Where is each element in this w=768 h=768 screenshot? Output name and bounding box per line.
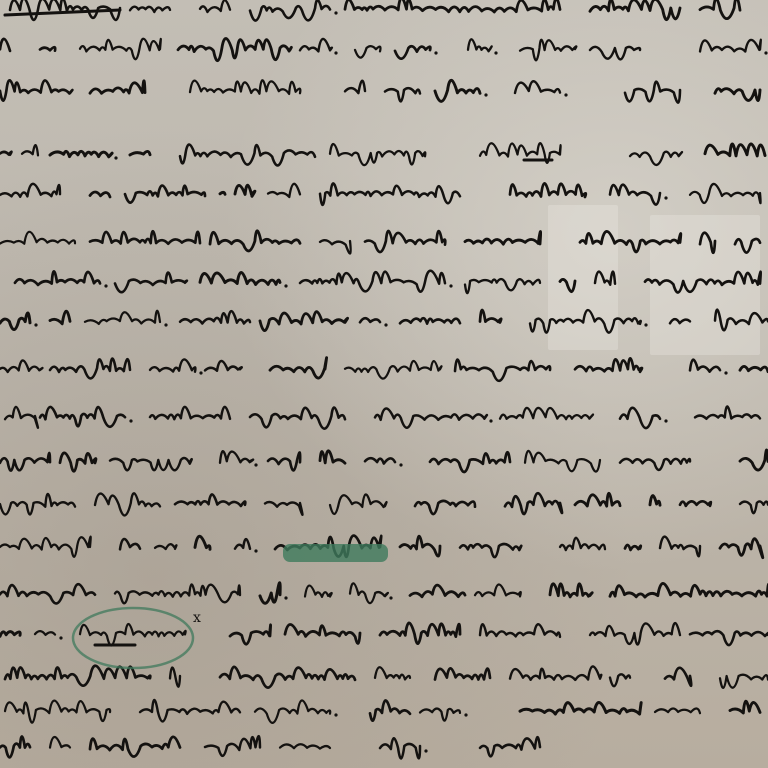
shorthand-word	[330, 144, 425, 165]
shorthand-word	[235, 539, 250, 549]
shorthand-word	[0, 453, 50, 471]
shorthand-word	[500, 408, 593, 419]
shorthand-word	[690, 184, 761, 203]
shorthand-word	[50, 359, 130, 379]
manuscript-line	[0, 310, 768, 333]
shorthand-word	[575, 493, 620, 506]
shorthand-word	[22, 145, 38, 155]
punctuation-mark	[489, 419, 492, 422]
punctuation-mark	[764, 51, 767, 54]
shorthand-word	[370, 700, 410, 720]
shorthand-word	[560, 279, 575, 291]
shorthand-word	[125, 186, 205, 203]
shorthand-word	[670, 319, 690, 323]
shorthand-word	[115, 272, 187, 292]
shorthand-word	[590, 0, 680, 20]
manuscript-line	[0, 80, 760, 102]
shorthand-word	[210, 231, 300, 251]
shorthand-word	[205, 361, 242, 371]
shorthand-word	[220, 192, 225, 194]
shorthand-word	[650, 496, 660, 505]
manuscript-line	[0, 143, 765, 165]
manuscript-line	[0, 183, 761, 205]
shorthand-word	[630, 152, 682, 165]
green-circle-annotation	[73, 608, 193, 668]
shorthand-word	[140, 700, 240, 721]
shorthand-word	[90, 231, 200, 244]
punctuation-mark	[199, 371, 202, 374]
shorthand-word	[620, 459, 690, 470]
shorthand-word	[0, 537, 91, 557]
manuscript-line	[0, 493, 768, 515]
shorthand-word	[365, 231, 445, 252]
shorthand-word	[660, 537, 700, 557]
shorthand-word	[740, 366, 768, 371]
shorthand-word	[690, 631, 768, 645]
shorthand-word	[220, 451, 253, 463]
shorthand-word	[0, 584, 95, 603]
shorthand-word	[610, 583, 768, 597]
punctuation-mark	[464, 713, 467, 716]
punctuation-mark	[284, 596, 287, 599]
shorthand-word	[330, 494, 387, 514]
shorthand-word	[380, 623, 460, 644]
shorthand-word	[90, 737, 180, 757]
shorthand-word	[690, 360, 720, 372]
punctuation-mark	[104, 284, 107, 287]
shorthand-word	[700, 233, 715, 253]
shorthand-word	[525, 451, 600, 472]
shorthand-word	[0, 494, 75, 515]
shorthand-word	[230, 625, 271, 644]
shorthand-word	[740, 450, 768, 470]
shorthand-word	[178, 39, 291, 61]
shorthand-word	[595, 272, 615, 285]
shorthand-word	[730, 701, 760, 713]
shorthand-word	[465, 279, 540, 293]
shorthand-word	[505, 493, 562, 514]
annotation-marks: x	[5, 10, 552, 668]
shorthand-word	[90, 81, 145, 94]
shorthand-word	[50, 737, 70, 748]
shorthand-word	[680, 501, 711, 506]
shorthand-word	[740, 501, 768, 513]
shorthand-word	[460, 544, 521, 557]
shorthand-word	[115, 584, 240, 603]
shorthand-word	[625, 545, 641, 550]
shorthand-word	[715, 89, 760, 101]
punctuation-mark	[399, 463, 402, 466]
shorthand-word	[510, 666, 601, 679]
shorthand-word	[0, 360, 42, 372]
shorthand-word	[580, 231, 681, 251]
shorthand-word	[0, 736, 30, 757]
shorthand-word	[280, 744, 330, 748]
shorthand-word	[255, 700, 330, 722]
shorthand-word	[375, 667, 410, 679]
shorthand-word	[120, 539, 140, 549]
punctuation-mark	[254, 463, 257, 466]
manuscript-line	[0, 583, 768, 604]
shorthand-word	[300, 271, 445, 292]
shorthand-word	[235, 185, 255, 196]
shorthand-word	[700, 0, 740, 19]
strikethrough-mark	[5, 10, 120, 15]
punctuation-mark	[129, 419, 132, 422]
punctuation-mark	[664, 419, 667, 422]
shorthand-word	[715, 310, 768, 331]
shorthand-word	[735, 239, 760, 253]
punctuation-mark	[449, 284, 452, 287]
shorthand-word	[320, 183, 460, 204]
shorthand-word	[475, 584, 521, 596]
shorthand-word	[550, 584, 592, 597]
shorthand-word	[95, 493, 160, 515]
shorthand-word	[0, 632, 20, 637]
shorthand-word	[435, 80, 480, 101]
shorthand-word	[0, 232, 75, 244]
shorthand-word	[375, 408, 487, 427]
shorthand-word	[590, 47, 640, 60]
shorthand-word	[320, 240, 351, 253]
shorthand-word	[480, 310, 501, 322]
shorthand-word	[345, 81, 365, 93]
manuscript-line	[5, 666, 768, 688]
shorthand-word	[180, 145, 315, 166]
shorthand-word	[305, 586, 332, 597]
shorthand-word	[360, 318, 380, 322]
shorthand-word	[190, 80, 300, 94]
shorthand-word	[665, 668, 691, 686]
shorthand-word	[0, 184, 60, 197]
shorthand-word	[395, 46, 430, 58]
shorthand-word	[705, 144, 765, 156]
shorthand-word	[285, 624, 360, 643]
x-mark-annotation: x	[193, 610, 201, 626]
punctuation-mark	[334, 713, 337, 716]
manuscript-line	[5, 407, 760, 429]
shorthand-word	[700, 40, 761, 52]
manuscript-line	[0, 623, 768, 646]
shorthand-word	[530, 310, 641, 333]
shorthand-word	[345, 0, 560, 12]
shorthand-word	[5, 701, 110, 723]
shorthand-word	[400, 318, 460, 323]
shorthand-word	[720, 675, 768, 688]
shorthand-word	[400, 536, 440, 556]
shorthand-word	[655, 708, 700, 713]
shorthand-word	[350, 583, 388, 603]
shorthand-word	[625, 82, 680, 103]
shorthand-word	[410, 585, 465, 597]
shorthand-word	[5, 407, 38, 428]
punctuation-mark	[284, 284, 287, 287]
shorthand-word	[250, 408, 345, 429]
shorthand-word	[0, 80, 72, 100]
shorthand-word	[480, 624, 560, 637]
shorthand-word	[90, 192, 110, 197]
shorthand-word	[80, 39, 161, 59]
shorthand-text-layer: x	[0, 0, 768, 768]
green-highlight-mark	[283, 544, 388, 562]
shorthand-word	[435, 668, 490, 679]
shorthand-word	[0, 39, 10, 51]
manuscript-line	[0, 358, 768, 381]
shorthand-word	[430, 452, 510, 472]
shorthand-word	[220, 667, 355, 688]
shorthand-word	[620, 408, 660, 428]
shorthand-word	[260, 312, 348, 331]
shorthand-word	[260, 583, 280, 604]
shorthand-word	[610, 674, 630, 686]
shorthand-word	[575, 358, 642, 371]
shorthand-word	[205, 736, 260, 756]
shorthand-word	[468, 39, 492, 51]
shorthand-word	[180, 311, 250, 323]
manuscript-line	[0, 231, 760, 254]
shorthand-word	[85, 311, 160, 324]
shorthand-word	[155, 544, 177, 549]
shorthand-word	[420, 709, 460, 721]
shorthand-word	[40, 407, 125, 427]
shorthand-word	[0, 313, 30, 330]
shorthand-word	[455, 360, 550, 381]
shorthand-word	[110, 458, 192, 470]
manuscript-line	[0, 39, 768, 61]
shorthand-word	[250, 0, 330, 21]
shorthand-word	[40, 47, 55, 51]
shorthand-word	[480, 737, 540, 756]
shorthand-word	[175, 494, 245, 506]
punctuation-mark	[254, 549, 257, 552]
punctuation-mark	[389, 596, 392, 599]
shorthand-word	[268, 452, 300, 470]
shorthand-word	[0, 152, 11, 155]
manuscript-page: x	[0, 0, 768, 768]
shorthand-word	[200, 0, 230, 12]
punctuation-mark	[664, 196, 667, 199]
shorthand-word	[465, 232, 541, 245]
shorthand-word	[150, 359, 195, 371]
shorthand-word	[515, 81, 560, 93]
shorthand-word	[130, 151, 150, 154]
punctuation-mark	[724, 371, 727, 374]
shorthand-word	[415, 501, 475, 514]
shorthand-word	[268, 184, 300, 197]
shorthand-word	[510, 183, 586, 197]
punctuation-mark	[494, 51, 497, 54]
manuscript-line	[15, 271, 761, 293]
punctuation-mark	[484, 93, 487, 96]
shorthand-word	[520, 703, 641, 715]
shorthand-word	[150, 407, 230, 419]
shorthand-word	[195, 536, 210, 549]
shorthand-word	[50, 311, 70, 324]
punctuation-mark	[114, 156, 117, 159]
shorthand-word	[380, 738, 420, 758]
shorthand-word	[15, 271, 100, 285]
shorthand-word	[50, 151, 112, 156]
punctuation-mark	[334, 11, 337, 14]
shorthand-word	[170, 668, 180, 687]
punctuation-mark	[384, 323, 387, 326]
shorthand-word	[60, 453, 96, 471]
shorthand-word	[35, 631, 55, 635]
shorthand-word	[320, 451, 345, 463]
shorthand-word	[265, 502, 303, 515]
punctuation-mark	[644, 323, 647, 326]
manuscript-line	[5, 700, 760, 723]
shorthand-word	[385, 88, 420, 101]
shorthand-word	[720, 539, 763, 558]
punctuation-mark	[434, 51, 437, 54]
shorthand-word	[560, 538, 605, 550]
shorthand-word	[590, 623, 680, 644]
shorthand-word	[520, 40, 576, 61]
shorthand-word	[645, 272, 761, 293]
punctuation-mark	[564, 93, 567, 96]
punctuation-mark	[164, 323, 167, 326]
shorthand-word	[130, 7, 170, 12]
shorthand-word	[610, 185, 660, 205]
punctuation-mark	[34, 323, 37, 326]
punctuation-mark	[334, 51, 337, 54]
shorthand-word	[80, 624, 186, 646]
punctuation-mark	[59, 636, 62, 639]
shorthand-word	[355, 46, 381, 57]
manuscript-line	[0, 450, 768, 472]
shorthand-word	[270, 358, 327, 378]
punctuation-mark	[424, 749, 427, 752]
shorthand-word	[300, 39, 332, 51]
shorthand-word	[200, 272, 280, 284]
shorthand-word	[365, 458, 395, 463]
shorthand-word	[345, 361, 442, 379]
manuscript-line	[0, 736, 540, 758]
shorthand-word	[695, 407, 760, 419]
